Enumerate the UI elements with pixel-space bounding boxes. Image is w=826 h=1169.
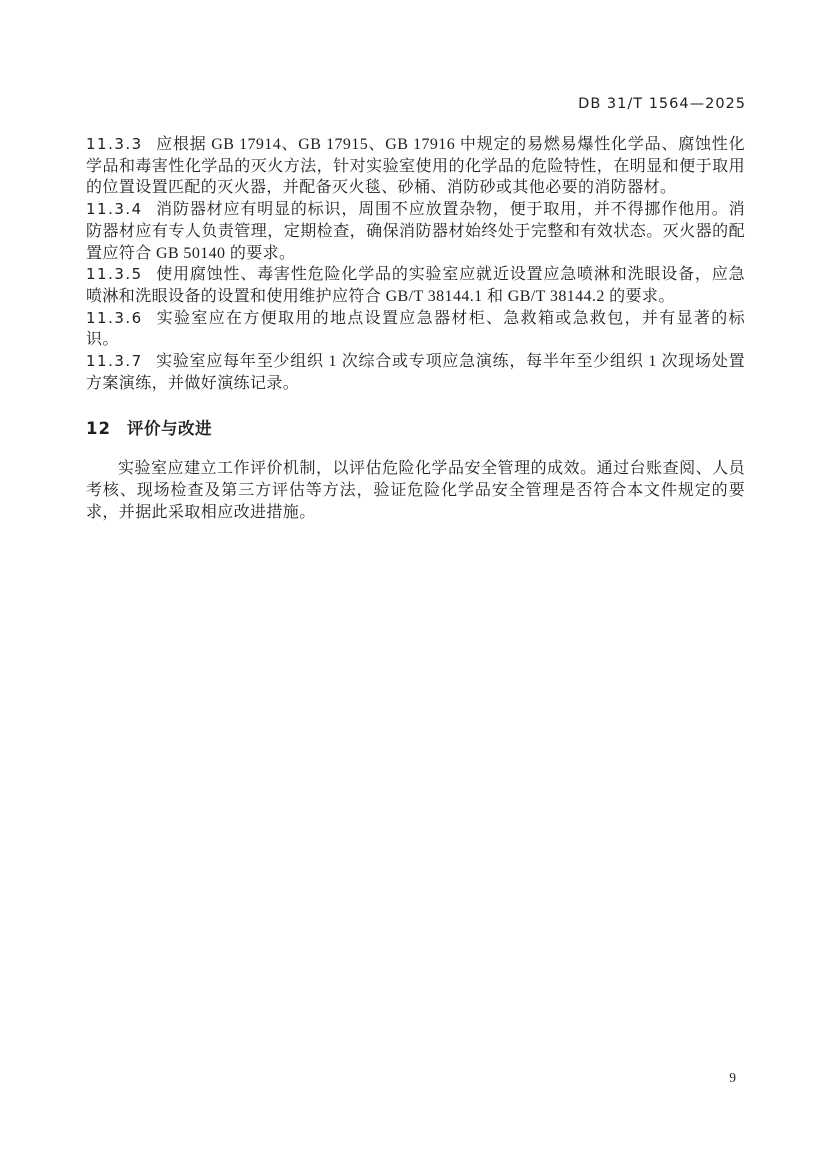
clause-11-3-4: 11.3.4消防器材应有明显的标识，周围不应放置杂物，便于取用，并不得挪作他用。… — [86, 199, 745, 264]
section-heading: 12评价与改进 — [86, 418, 745, 440]
section-title: 评价与改进 — [127, 419, 212, 438]
clause-11-3-5: 11.3.5使用腐蚀性、毒害性危险化学品的实验室应就近设置应急喷淋和洗眼设备，应… — [86, 264, 745, 307]
clause-text: 消防器材应有明显的标识，周围不应放置杂物，便于取用，并不得挪作他用。消防器材应有… — [86, 201, 745, 261]
page-number: 9 — [729, 1070, 736, 1086]
section-number: 12 — [86, 419, 111, 438]
section-paragraph: 实验室应建立工作评价机制，以评估危险化学品安全管理的成效。通过台账查阅、人员考核… — [86, 458, 745, 523]
clause-text: 实验室应每年至少组织 1 次综合或专项应急演练，每半年至少组织 1 次现场处置方… — [86, 353, 745, 392]
clause-11-3-3: 11.3.3应根据 GB 17914、GB 17915、GB 17916 中规定… — [86, 134, 745, 199]
clause-11-3-6: 11.3.6实验室应在方便取用的地点设置应急器材柜、急救箱或急救包，并有显著的标… — [86, 308, 745, 351]
clause-11-3-7: 11.3.7实验室应每年至少组织 1 次综合或专项应急演练，每半年至少组织 1 … — [86, 351, 745, 394]
clause-text: 使用腐蚀性、毒害性危险化学品的实验室应就近设置应急喷淋和洗眼设备，应急喷淋和洗眼… — [86, 266, 745, 305]
document-code-header: DB 31/T 1564—2025 — [578, 96, 746, 112]
clause-number: 11.3.4 — [86, 200, 143, 218]
clause-number: 11.3.7 — [86, 352, 143, 370]
clause-number: 11.3.3 — [86, 135, 143, 153]
clause-number: 11.3.5 — [86, 265, 143, 283]
document-body: 11.3.3应根据 GB 17914、GB 17915、GB 17916 中规定… — [86, 134, 745, 524]
clause-text: 实验室应在方便取用的地点设置应急器材柜、急救箱或急救包，并有显著的标识。 — [86, 310, 745, 349]
clause-number: 11.3.6 — [86, 309, 143, 327]
document-page: DB 31/T 1564—2025 11.3.3应根据 GB 17914、GB … — [0, 0, 826, 1169]
clause-text: 应根据 GB 17914、GB 17915、GB 17916 中规定的易燃易爆性… — [86, 136, 745, 196]
